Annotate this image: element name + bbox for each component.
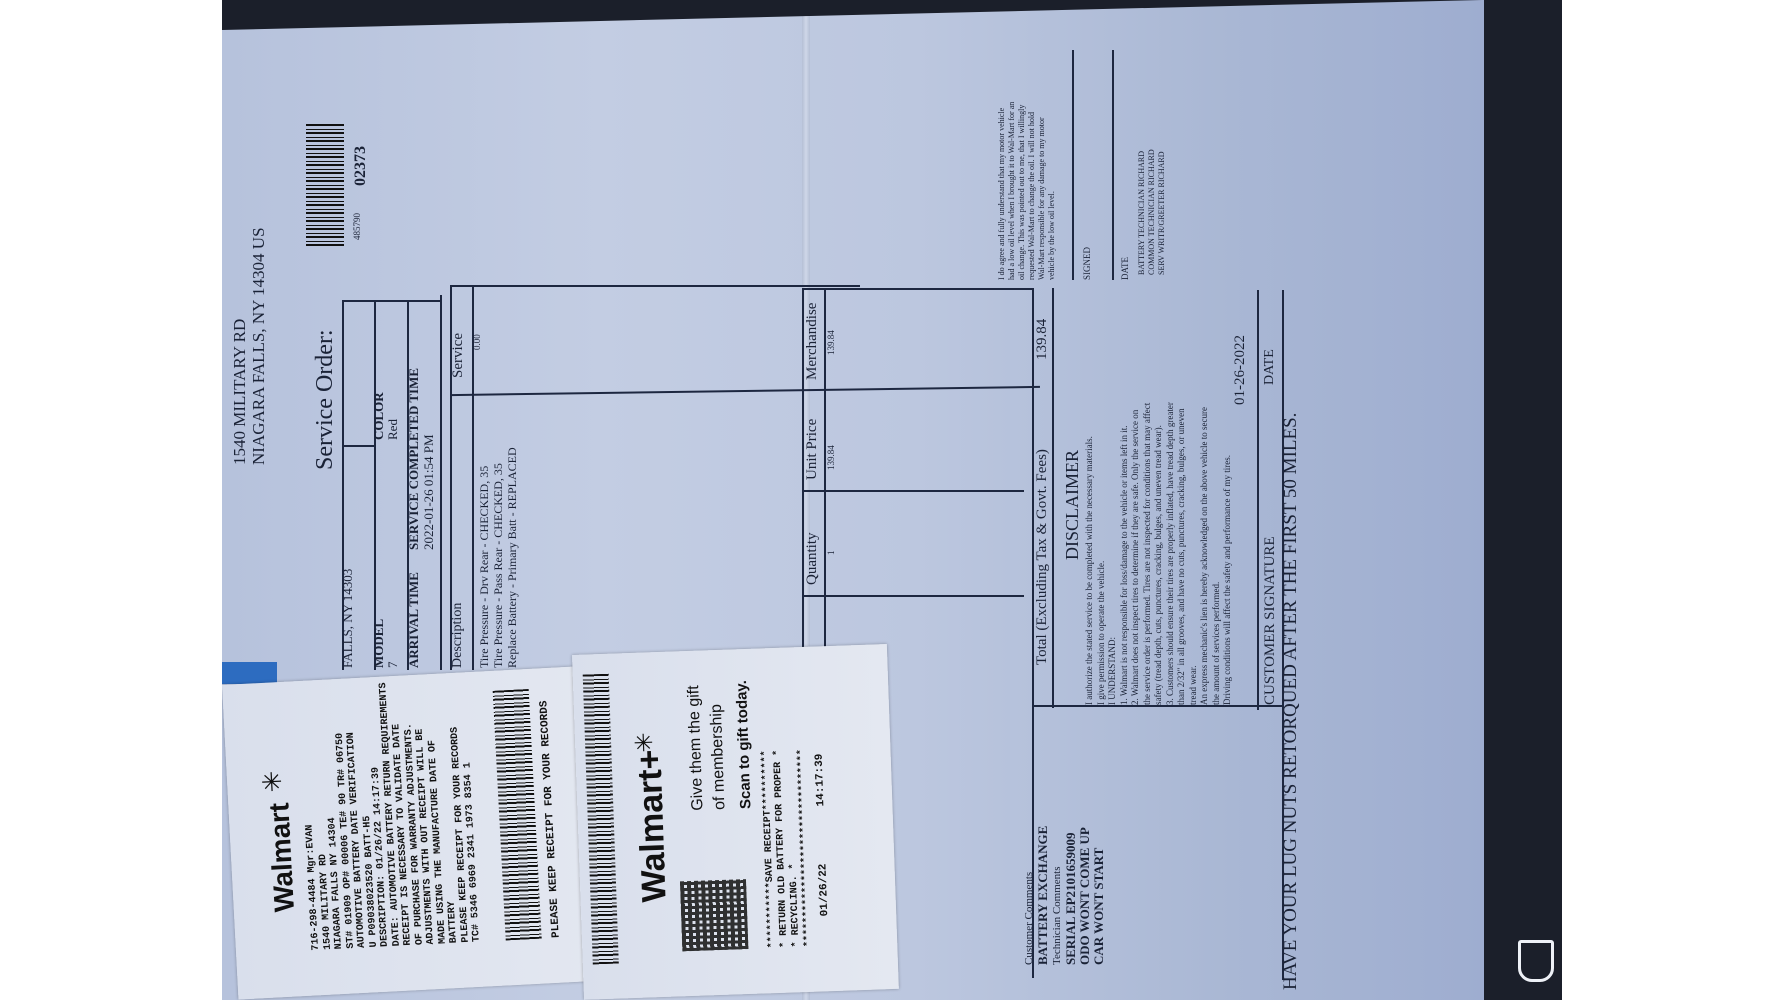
technician-comment: SERIAL EP2101659009 [1064,826,1078,965]
date-label-top: DATE [1120,257,1131,280]
color-field: COLOR Red [372,392,400,440]
table-border [804,595,1024,597]
model-value: 7 [386,619,400,668]
signature-line [1072,50,1074,280]
box-border [374,300,376,670]
disclaimer-line: I give permission to operate the vehicle… [1096,402,1108,705]
line-item: Replace Battery - Primary Batt - REPLACE… [505,447,519,668]
total-label: Total (Excluding Tax & Govt. Fees) [1034,449,1051,665]
unit-price-value: 139.84 [826,445,837,470]
disclaimer-line: tread wear. [1188,402,1200,705]
service-completed-value: 2022-01-26 01:54 PM [421,368,436,550]
technician-row: BATTERY TECHNICIAN RICHARD [1137,149,1147,275]
promo-cta[interactable]: Scan to gift today. [733,680,754,809]
disclaimer-line: than 2/32" in all grooves, and have no c… [1176,402,1188,705]
technician-comment: ODO WONT COME UP [1078,826,1092,965]
footer-notice: HAVE YOUR LUG NUTS RETORQUED AFTER THE F… [1280,413,1302,990]
customer-signature-line [1257,290,1259,710]
promo-tagline: Give them the gift of membership [683,684,731,811]
quantity-value: 1 [826,551,837,556]
comments-block: Customer Comments BATTERY EXCHANGE Techn… [1022,826,1106,965]
date-label-bottom: DATE [1262,349,1278,385]
receipt-lines: 716-298-4484 Mgr:EVAN 1540 MILITARY RD N… [297,678,483,951]
service-total: 0.00 [472,334,483,350]
disclaimer-line: 1. Walmart is not responsible for loss/d… [1119,402,1131,705]
order-barcode [306,124,344,246]
disclaimer-line: Driving conditions will affect the safet… [1222,402,1234,705]
table-border [450,285,860,287]
color-value: Red [386,392,400,440]
store-address: 1540 MILITARY RD NIAGARA FALLS, NY 14304… [230,227,268,465]
disclaimer-line: the service order is performed. Tires ar… [1142,402,1154,705]
promo-brand: Walmart+ [630,749,674,903]
total-value: 139.84 [1034,319,1051,360]
line-items: Tire Pressure - Drv Rear - CHECKED, 35 T… [477,447,519,668]
disclaimer-text: I authorize the stated service to be com… [1084,402,1234,705]
technician-row: COMMON TECHNICIAN RICHARD [1147,149,1157,275]
table-border [802,288,1032,290]
table-border [450,386,1040,396]
shield-icon [1518,940,1554,982]
barcode-small-text: 485790 [352,213,363,240]
merchandise-value: 139.84 [826,330,837,355]
signature-date: 01-26-2022 [1232,335,1249,405]
photo-background: 1540 MILITARY RD NIAGARA FALLS, NY 14304… [222,0,1562,1000]
box-border [344,445,374,447]
model-field: MODEL 7 [372,619,400,668]
order-number: 02373 [352,146,370,186]
customer-comments: BATTERY EXCHANGE [1036,826,1050,965]
receipt-footer: PLEASE KEEP RECEIPT FOR YOUR RECORDS [538,700,562,938]
promo-barcode [583,674,619,965]
disclaimer-line: the amount of services performed. [1211,402,1223,705]
address-line-1: 1540 MILITARY RD [230,227,249,465]
service-completed-field: SERVICE COMPLETED TIME 2022-01-26 01:54 … [406,368,436,550]
address-line-2: NIAGARA FALLS, NY 14304 US [249,227,268,465]
qr-code[interactable] [680,879,748,951]
oil-agreement: I do agree and fully understand that my … [997,100,1057,280]
walmart-spark-icon: ✳ [257,770,289,793]
promo-time: 14:17:39 [814,753,828,806]
box-border [440,295,442,670]
technician-row: SERV WRITR/GREETER RICHARD [1157,149,1167,275]
walmart-spark-icon: ✳ [630,732,660,753]
disclaimer-line: I authorize the stated service to be com… [1084,402,1096,705]
line-item: Tire Pressure - Pass Rear - CHECKED, 35 [491,447,505,668]
customer-comments-label: Customer Comments [1022,826,1036,965]
service-completed-label: SERVICE COMPLETED TIME [406,368,421,550]
col-unit-price: Unit Price [804,419,821,480]
signed-label: SIGNED [1082,247,1093,280]
customer-signature-label: CUSTOMER SIGNATURE [1262,537,1279,706]
promo-tagline-line: of membership [705,684,731,810]
col-merchandise: Merchandise [804,303,821,380]
color-label: COLOR [372,392,386,440]
blue-tab [222,662,277,684]
promo-date: 01/26/22 [817,863,831,916]
line-item: Tire Pressure - Drv Rear - CHECKED, 35 [477,447,491,668]
page-title: Service Order: [312,329,339,470]
disclaimer-line: 3. Customers should ensure their tires a… [1165,402,1177,705]
col-description: Description [450,603,466,668]
table-border [804,490,1024,492]
model-label: MODEL [372,619,386,668]
technician-comment: CAR WONT START [1092,826,1106,965]
box-border [1034,705,1284,707]
col-quantity: Quantity [804,533,821,586]
col-service: Service [450,333,467,378]
arrival-time-label: ARRIVAL TIME [406,572,422,668]
disclaimer-title: DISCLAIMER [1062,450,1083,560]
walmart-plus-promo: Walmart+ ✳ Give them the gift of members… [572,644,899,1000]
disclaimer-line: safety (tread depth, cuts, punctures, cr… [1153,402,1165,705]
table-border [1052,288,1054,708]
disclaimer-line: An express mechanic's lien is hereby ack… [1199,402,1211,705]
recycling-notice: ***********SAVE RECEIPT********** * RETU… [760,749,815,949]
disclaimer-line: 2. Walmart does not inspect tires to det… [1130,402,1142,705]
box-border [342,300,442,302]
technician-comments-label: Technician Comments [1050,826,1064,965]
receipt-brand: Walmart [263,802,301,913]
customer-city: FALLS, NY 14303 [340,569,356,668]
receipt-barcode [493,689,542,941]
date-line [1112,50,1114,280]
disclaimer-line: I UNDERSTAND: [1107,402,1119,705]
technician-list: BATTERY TECHNICIAN RICHARD COMMON TECHNI… [1137,149,1167,275]
